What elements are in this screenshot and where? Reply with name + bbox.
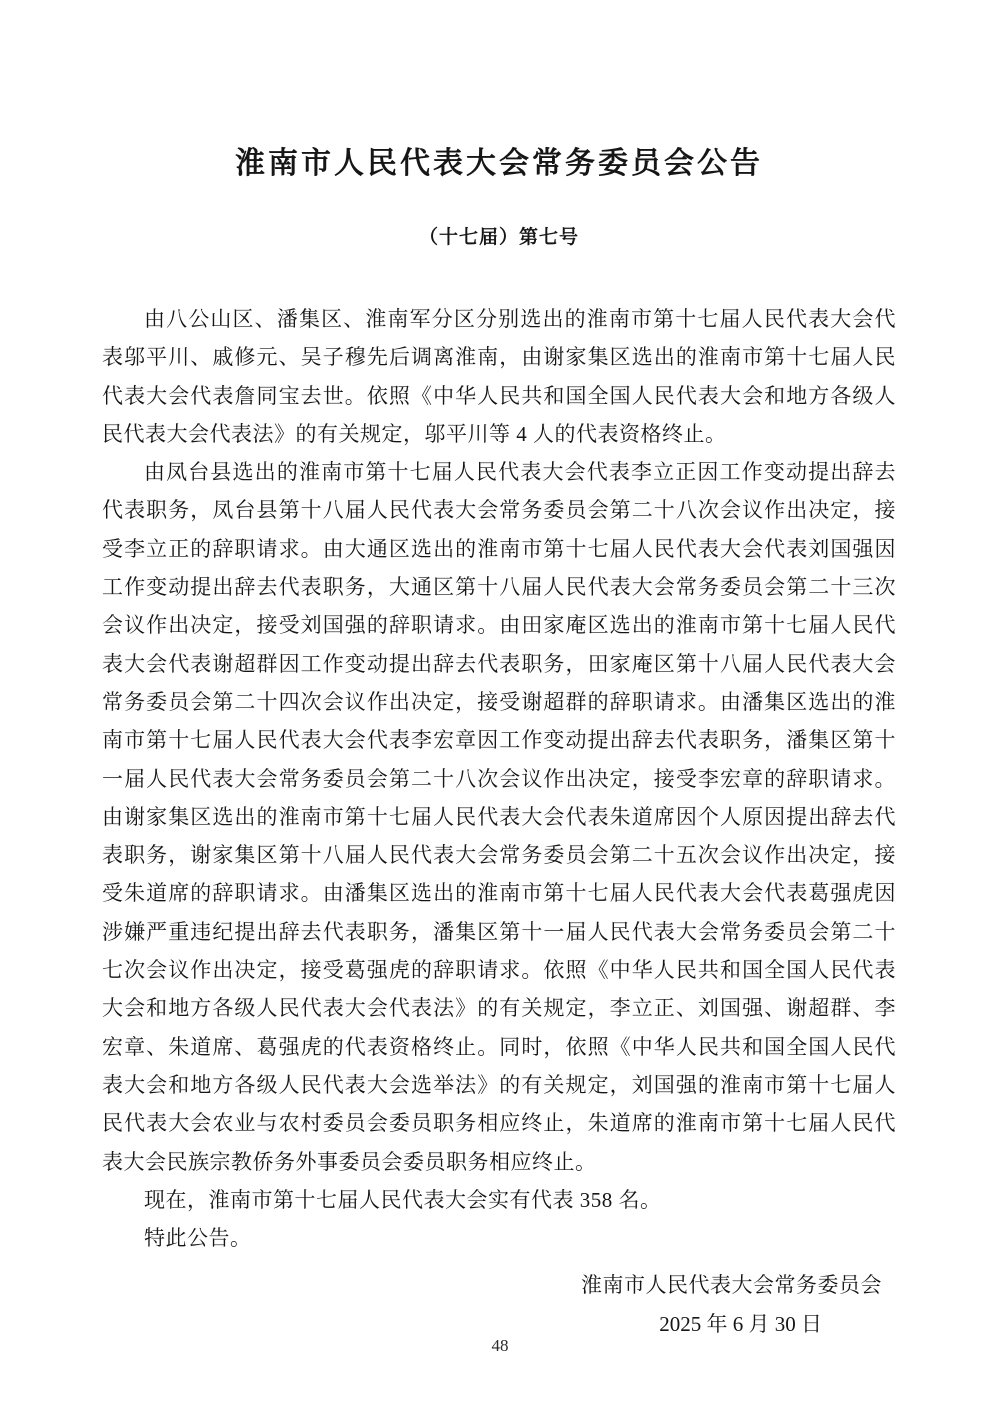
paragraph-closing: 特此公告。 — [102, 1219, 896, 1257]
issue-number: （十七届）第七号 — [102, 227, 896, 249]
document-body: 由八公山区、潘集区、淮南军分区分别选出的淮南市第十七届人民代表大会代表邬平川、戚… — [102, 300, 896, 1257]
paragraph-representative-terminations: 由八公山区、潘集区、淮南军分区分别选出的淮南市第十七届人民代表大会代表邬平川、戚… — [102, 300, 896, 453]
document-page: 淮南市人民代表大会常务委员会公告 （十七届）第七号 由八公山区、潘集区、淮南军分… — [0, 0, 1000, 1415]
paragraph-resignations: 由凤台县选出的淮南市第十七届人民代表大会代表李立正因工作变动提出辞去代表职务，凤… — [102, 453, 896, 1181]
document-content: 淮南市人民代表大会常务委员会公告 （十七届）第七号 由八公山区、潘集区、淮南军分… — [102, 0, 896, 1344]
paragraph-current-count: 现在，淮南市第十七届人民代表大会实有代表 358 名。 — [102, 1181, 896, 1219]
document-title: 淮南市人民代表大会常务委员会公告 — [102, 146, 896, 182]
signature: 淮南市人民代表大会常务委员会 — [102, 1266, 896, 1305]
page-number: 48 — [0, 1336, 1000, 1356]
